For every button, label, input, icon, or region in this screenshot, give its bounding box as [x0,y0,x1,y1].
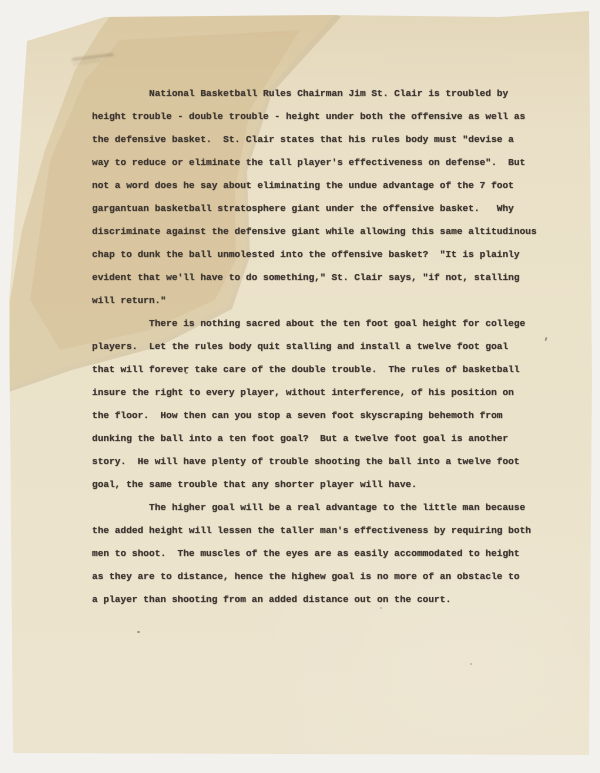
ink-speck [137,631,140,633]
ink-speck [470,663,472,665]
paper-sheet: National Basketball Rules Chairman Jim S… [0,0,600,773]
typed-line: goal, the same trouble that any shorter … [92,473,562,496]
typed-line: insure the right to every player, withou… [92,381,562,404]
typed-line: dunking the ball into a ten foot goal? B… [92,427,562,450]
typed-line: National Basketball Rules Chairman Jim S… [92,82,562,105]
typed-line: players. Let the rules body quit stallin… [92,335,562,358]
typed-line: chap to dunk the ball unmolested into th… [92,243,562,266]
typed-line: height trouble - double trouble - height… [92,105,562,128]
typed-line: will return." [92,289,562,312]
scanned-document-scene: National Basketball Rules Chairman Jim S… [0,0,600,773]
typed-line: not a word does he say about eliminating… [92,174,562,197]
typed-line: the added height will lessen the taller … [92,519,562,542]
typed-line: as they are to distance, hence the highe… [92,565,562,588]
typed-line: the defensive basket. St. Clair states t… [92,128,562,151]
typed-line: discriminate against the defensive giant… [92,220,562,243]
typed-line: the floor. How then can you stop a seven… [92,404,562,427]
typed-line: a player than shooting from an added dis… [92,588,562,611]
typed-line: men to shoot. The muscles of the eyes ar… [92,542,562,565]
typed-line: way to reduce or eliminate the tall play… [92,151,562,174]
typed-text-block: National Basketball Rules Chairman Jim S… [92,82,562,611]
typed-line: story. He will have plenty of trouble sh… [92,450,562,473]
typed-line: The higher goal will be a real advantage… [92,496,562,519]
typed-line: evident that we'll have to do something,… [92,266,562,289]
typed-line: gargantuan basketball stratosphere giant… [92,197,562,220]
typed-line: that will forever take care of the doubl… [92,358,562,381]
typed-line: There is nothing sacred about the ten fo… [92,312,562,335]
